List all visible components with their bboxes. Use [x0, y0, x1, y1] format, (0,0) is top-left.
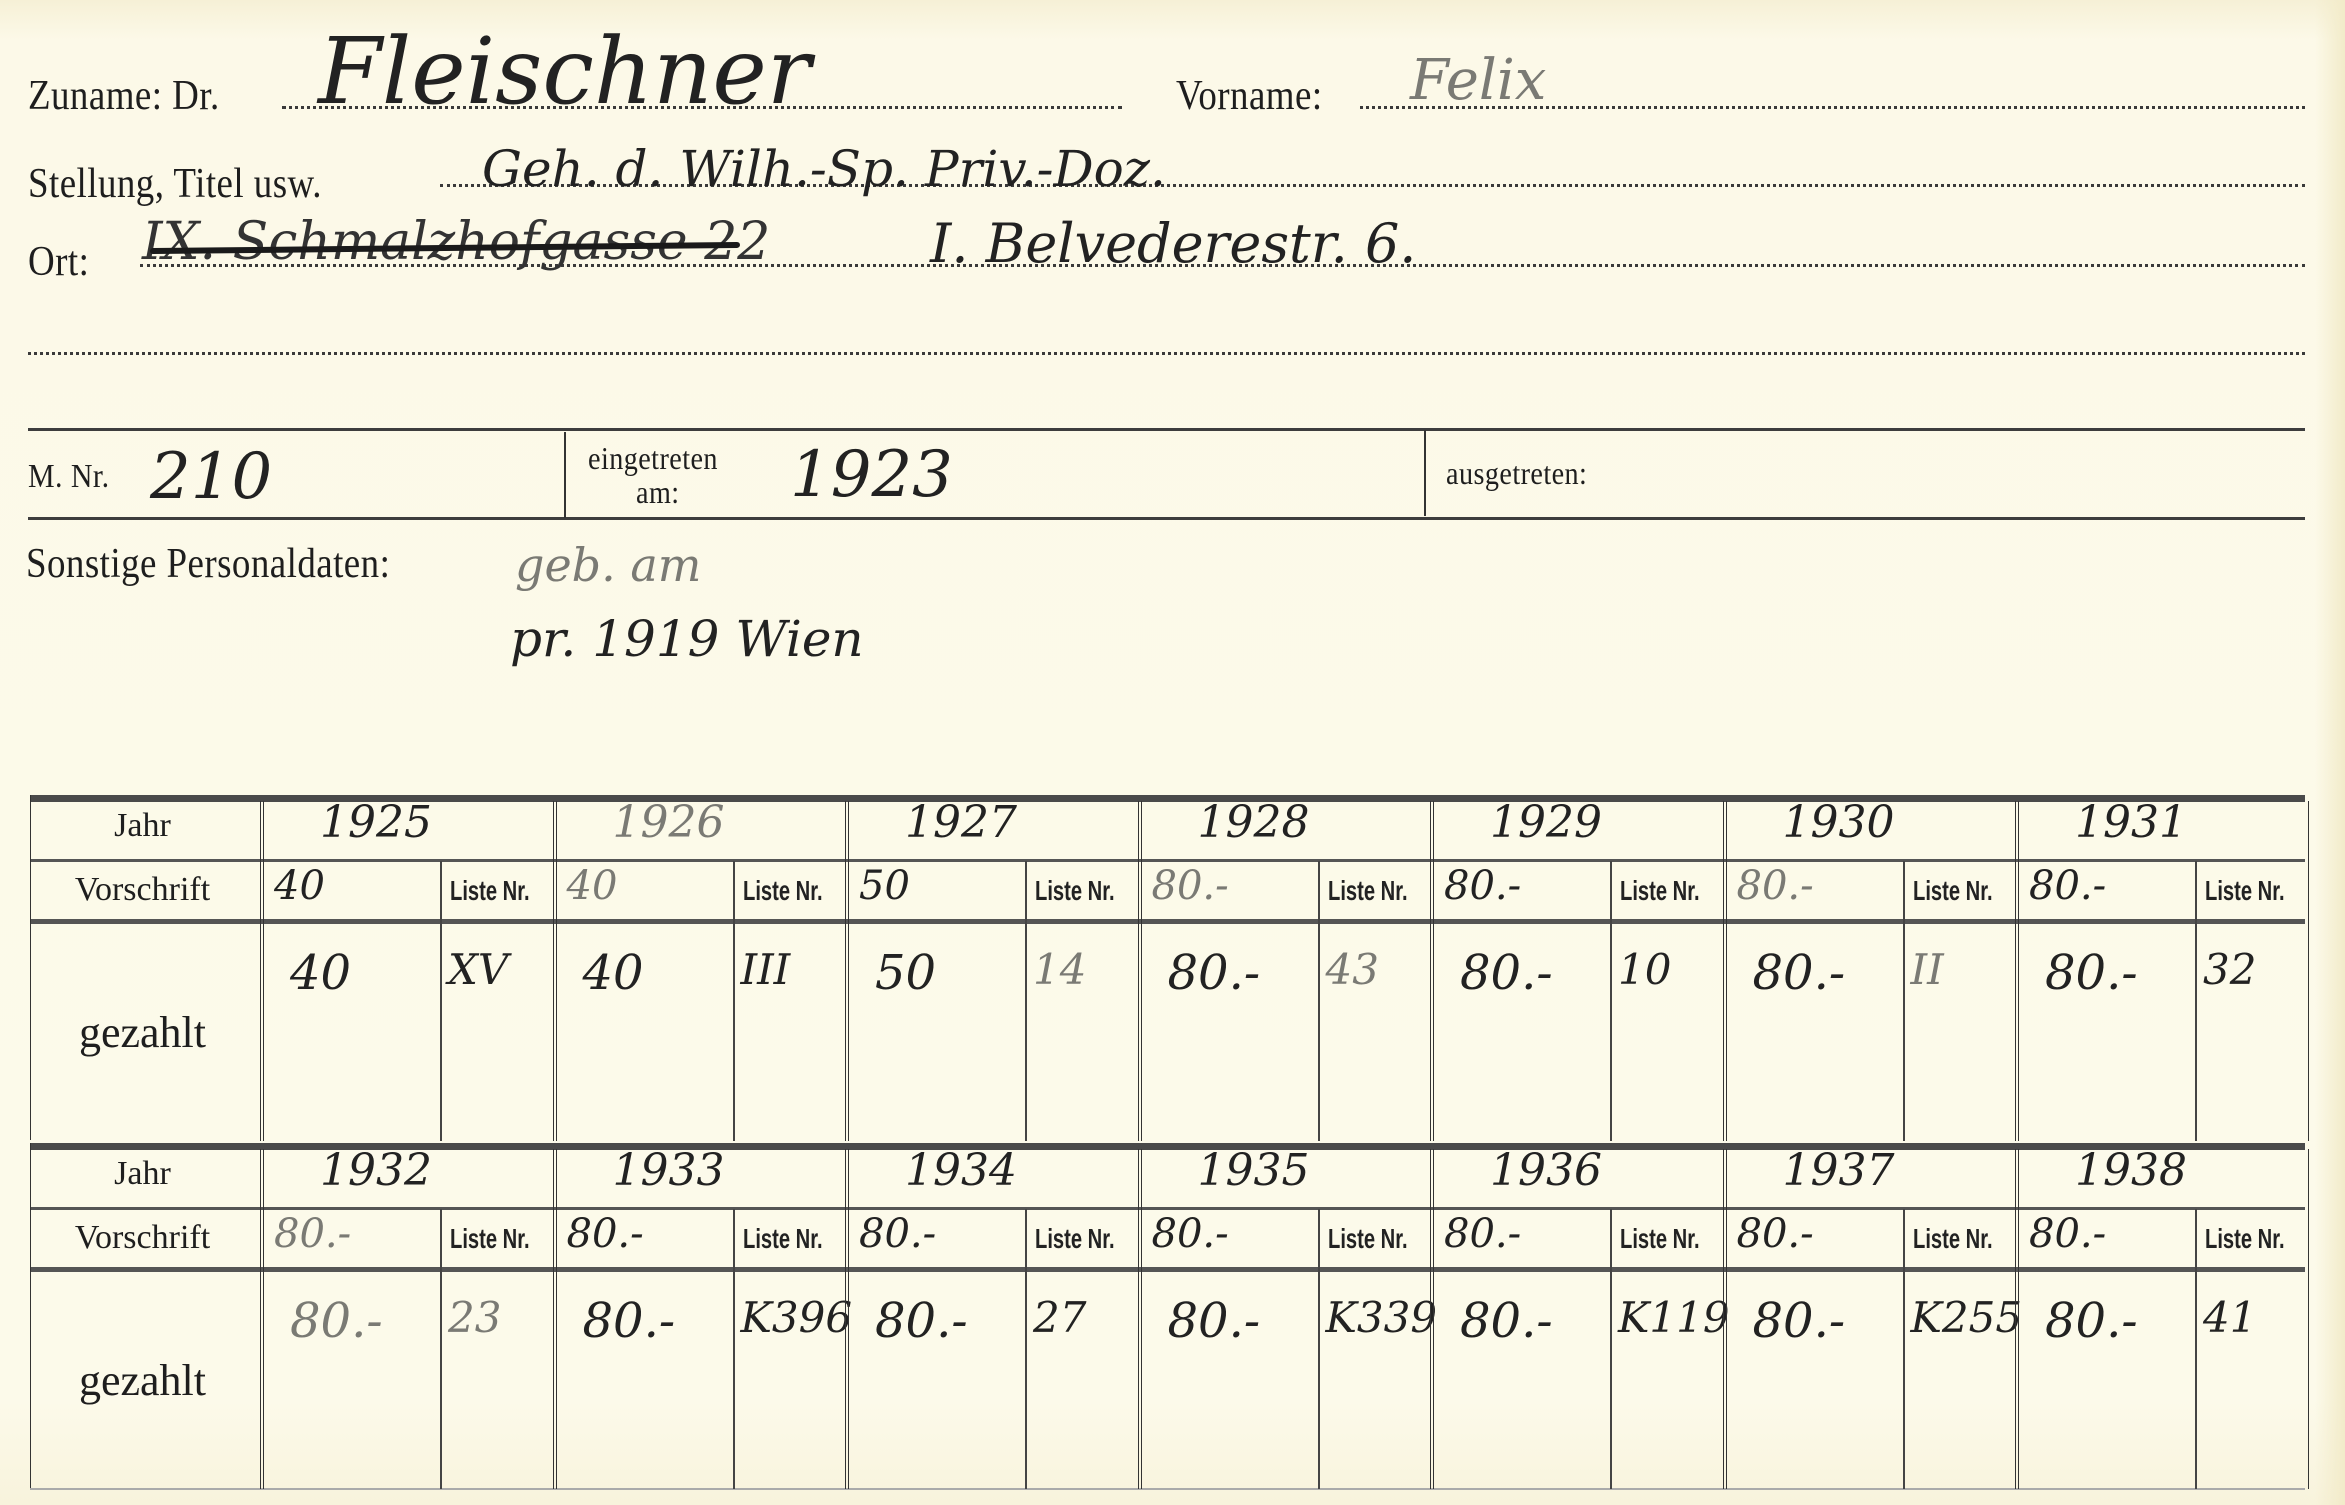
- row-label-gezahlt: gezahlt: [30, 1007, 255, 1058]
- liste-nr-1930: II: [1911, 945, 1944, 994]
- gezahlt-1927: 50: [875, 945, 936, 1001]
- liste-label-1932: Liste Nr.: [450, 1223, 530, 1255]
- table-rule-jahr: [30, 1207, 2305, 1210]
- card-edge-shadow: [2315, 0, 2345, 1505]
- liste-label-1931: Liste Nr.: [2205, 875, 2285, 907]
- liste-label-1933: Liste Nr.: [743, 1223, 823, 1255]
- liste-nr-1933: K396: [741, 1293, 853, 1342]
- gezahlt-1929: 80.-: [1460, 945, 1553, 1001]
- year-1928: 1928: [1198, 797, 1310, 848]
- liste-nr-1932: 23: [448, 1293, 501, 1342]
- liste-column-divider: [2195, 861, 2197, 1141]
- table-right-border: [2308, 1149, 2310, 1489]
- year-1931: 1931: [2075, 797, 2187, 848]
- gezahlt-1930: 80.-: [1753, 945, 1846, 1001]
- blank-dotted-line: [28, 352, 2305, 355]
- year-1932: 1932: [320, 1145, 432, 1196]
- vorschrift-1928: 80.-: [1152, 863, 1229, 909]
- gezahlt-1935: 80.-: [1168, 1293, 1261, 1349]
- liste-column-divider: [1025, 861, 1027, 1141]
- vorschrift-1933: 80.-: [567, 1211, 644, 1257]
- year-column-divider: [2015, 1149, 2019, 1489]
- membership-index-card: Zuname: Dr. Fleischner Vorname: Felix St…: [0, 0, 2345, 1505]
- liste-label-1929: Liste Nr.: [1620, 875, 1700, 907]
- liste-nr-1936: K119: [1618, 1293, 1730, 1342]
- liste-nr-1929: 10: [1618, 945, 1671, 994]
- liste-column-divider: [733, 1209, 735, 1489]
- liste-nr-1926: III: [741, 945, 791, 994]
- zuname-label: Zuname: Dr.: [28, 72, 220, 120]
- zuname-value: Fleischner: [318, 18, 811, 125]
- mnr-value: 210: [150, 440, 272, 514]
- gezahlt-1934: 80.-: [875, 1293, 968, 1349]
- table-rule-vorschrift: [30, 919, 2305, 924]
- table-left-border: [30, 795, 32, 1140]
- liste-column-divider: [1903, 861, 1905, 1141]
- liste-nr-1938: 41: [2203, 1293, 2256, 1342]
- year-1926: 1926: [613, 797, 725, 848]
- year-column-divider: [845, 1149, 849, 1489]
- liste-column-divider: [2195, 1209, 2197, 1489]
- row-label-vorschrift: Vorschrift: [30, 1219, 255, 1257]
- gezahlt-1932: 80.-: [290, 1293, 383, 1349]
- year-1930: 1930: [1783, 797, 1895, 848]
- vorschrift-1926: 40: [567, 863, 618, 909]
- ort-value: I. Belvederestr. 6.: [930, 212, 1416, 275]
- liste-label-1927: Liste Nr.: [1035, 875, 1115, 907]
- liste-column-divider: [1318, 1209, 1320, 1489]
- year-column-divider: [1430, 1149, 1434, 1489]
- liste-column-divider: [733, 861, 735, 1141]
- gezahlt-1926: 40: [583, 945, 644, 1001]
- year-1937: 1937: [1783, 1145, 1895, 1196]
- gezahlt-1933: 80.-: [583, 1293, 676, 1349]
- liste-label-1928: Liste Nr.: [1328, 875, 1408, 907]
- stellung-value: Geh. d. Wilh.-Sp. Priv.-Doz.: [482, 140, 1166, 198]
- liste-nr-1934: 27: [1033, 1293, 1086, 1342]
- table-rule-vorschrift: [30, 1267, 2305, 1272]
- gezahlt-1931: 80.-: [2045, 945, 2138, 1001]
- vorschrift-1925: 40: [274, 863, 325, 909]
- liste-label-1938: Liste Nr.: [2205, 1223, 2285, 1255]
- gezahlt-1937: 80.-: [1753, 1293, 1846, 1349]
- year-1925: 1925: [320, 797, 432, 848]
- gezahlt-1938: 80.-: [2045, 1293, 2138, 1349]
- liste-label-1934: Liste Nr.: [1035, 1223, 1115, 1255]
- liste-nr-1931: 32: [2203, 945, 2256, 994]
- liste-label-1926: Liste Nr.: [743, 875, 823, 907]
- liste-column-divider: [1025, 1209, 1027, 1489]
- table-rule-bottom: [30, 1488, 2305, 1490]
- membership-divider-2: [1424, 430, 1426, 516]
- membership-top-rule: [28, 428, 2305, 431]
- vorschrift-1935: 80.-: [1152, 1211, 1229, 1257]
- liste-column-divider: [1903, 1209, 1905, 1489]
- eingetreten-am-label: am:: [636, 474, 680, 511]
- liste-column-divider: [1610, 1209, 1612, 1489]
- personaldaten-line-1: geb. am: [515, 538, 701, 592]
- year-column-divider: [1723, 801, 1727, 1141]
- vorschrift-1932: 80.-: [274, 1211, 351, 1257]
- year-column-divider: [553, 801, 557, 1141]
- vorname-value: Felix: [1410, 48, 1546, 113]
- table-left-border: [30, 1143, 32, 1488]
- year-1934: 1934: [905, 1145, 1017, 1196]
- membership-divider-1: [564, 432, 566, 518]
- vorschrift-1929: 80.-: [1444, 863, 1521, 909]
- liste-column-divider: [1610, 861, 1612, 1141]
- vorschrift-1934: 80.-: [859, 1211, 936, 1257]
- liste-nr-1937: K255: [1911, 1293, 2023, 1342]
- year-column-divider: [1430, 801, 1434, 1141]
- personaldaten-line-2: pr. 1919 Wien: [510, 610, 864, 668]
- ausgetreten-label: ausgetreten:: [1446, 455, 1587, 492]
- year-column-divider: [2015, 801, 2019, 1141]
- liste-column-divider: [440, 861, 442, 1141]
- year-column-divider: [553, 1149, 557, 1489]
- membership-bottom-rule: [28, 517, 2305, 520]
- year-1933: 1933: [613, 1145, 725, 1196]
- liste-nr-1935: K339: [1326, 1293, 1438, 1342]
- liste-column-divider: [1318, 861, 1320, 1141]
- vorschrift-1931: 80.-: [2029, 863, 2106, 909]
- dues-table: JahrVorschriftgezahlt192540Liste Nr.40XV…: [30, 795, 2305, 1460]
- vorschrift-1937: 80.-: [1737, 1211, 1814, 1257]
- eingetreten-label: eingetreten: [588, 440, 718, 477]
- vorname-label: Vorname:: [1176, 72, 1323, 120]
- liste-label-1925: Liste Nr.: [450, 875, 530, 907]
- row-label-vorschrift: Vorschrift: [30, 871, 255, 909]
- liste-nr-1928: 43: [1326, 945, 1379, 994]
- year-1938: 1938: [2075, 1145, 2187, 1196]
- row-label-jahr: Jahr: [30, 1155, 255, 1193]
- liste-label-1935: Liste Nr.: [1328, 1223, 1408, 1255]
- vorschrift-1938: 80.-: [2029, 1211, 2106, 1257]
- table-rule-jahr: [30, 859, 2305, 862]
- year-column-divider: [845, 801, 849, 1141]
- liste-label-1930: Liste Nr.: [1913, 875, 1993, 907]
- year-1935: 1935: [1198, 1145, 1310, 1196]
- year-column-divider: [1138, 1149, 1142, 1489]
- liste-label-1937: Liste Nr.: [1913, 1223, 1993, 1255]
- eingetreten-value: 1923: [790, 438, 953, 512]
- liste-column-divider: [440, 1209, 442, 1489]
- mnr-label: M. Nr.: [28, 458, 110, 496]
- row-label-jahr: Jahr: [30, 807, 255, 845]
- year-1936: 1936: [1490, 1145, 1602, 1196]
- year-column-divider: [1138, 801, 1142, 1141]
- table-right-border: [2308, 801, 2310, 1141]
- personaldaten-label: Sonstige Personaldaten:: [26, 540, 390, 588]
- year-column-divider: [260, 1149, 264, 1489]
- year-1929: 1929: [1490, 797, 1602, 848]
- liste-nr-1925: XV: [448, 945, 508, 994]
- vorschrift-1927: 50: [859, 863, 910, 909]
- liste-label-1936: Liste Nr.: [1620, 1223, 1700, 1255]
- row-label-gezahlt: gezahlt: [30, 1355, 255, 1406]
- gezahlt-1928: 80.-: [1168, 945, 1261, 1001]
- year-column-divider: [260, 801, 264, 1141]
- gezahlt-1925: 40: [290, 945, 351, 1001]
- year-1927: 1927: [905, 797, 1017, 848]
- ort-label: Ort:: [28, 238, 89, 286]
- gezahlt-1936: 80.-: [1460, 1293, 1553, 1349]
- vorschrift-1936: 80.-: [1444, 1211, 1521, 1257]
- stellung-label: Stellung, Titel usw.: [28, 160, 322, 208]
- vorschrift-1930: 80.-: [1737, 863, 1814, 909]
- liste-nr-1927: 14: [1033, 945, 1086, 994]
- year-column-divider: [1723, 1149, 1727, 1489]
